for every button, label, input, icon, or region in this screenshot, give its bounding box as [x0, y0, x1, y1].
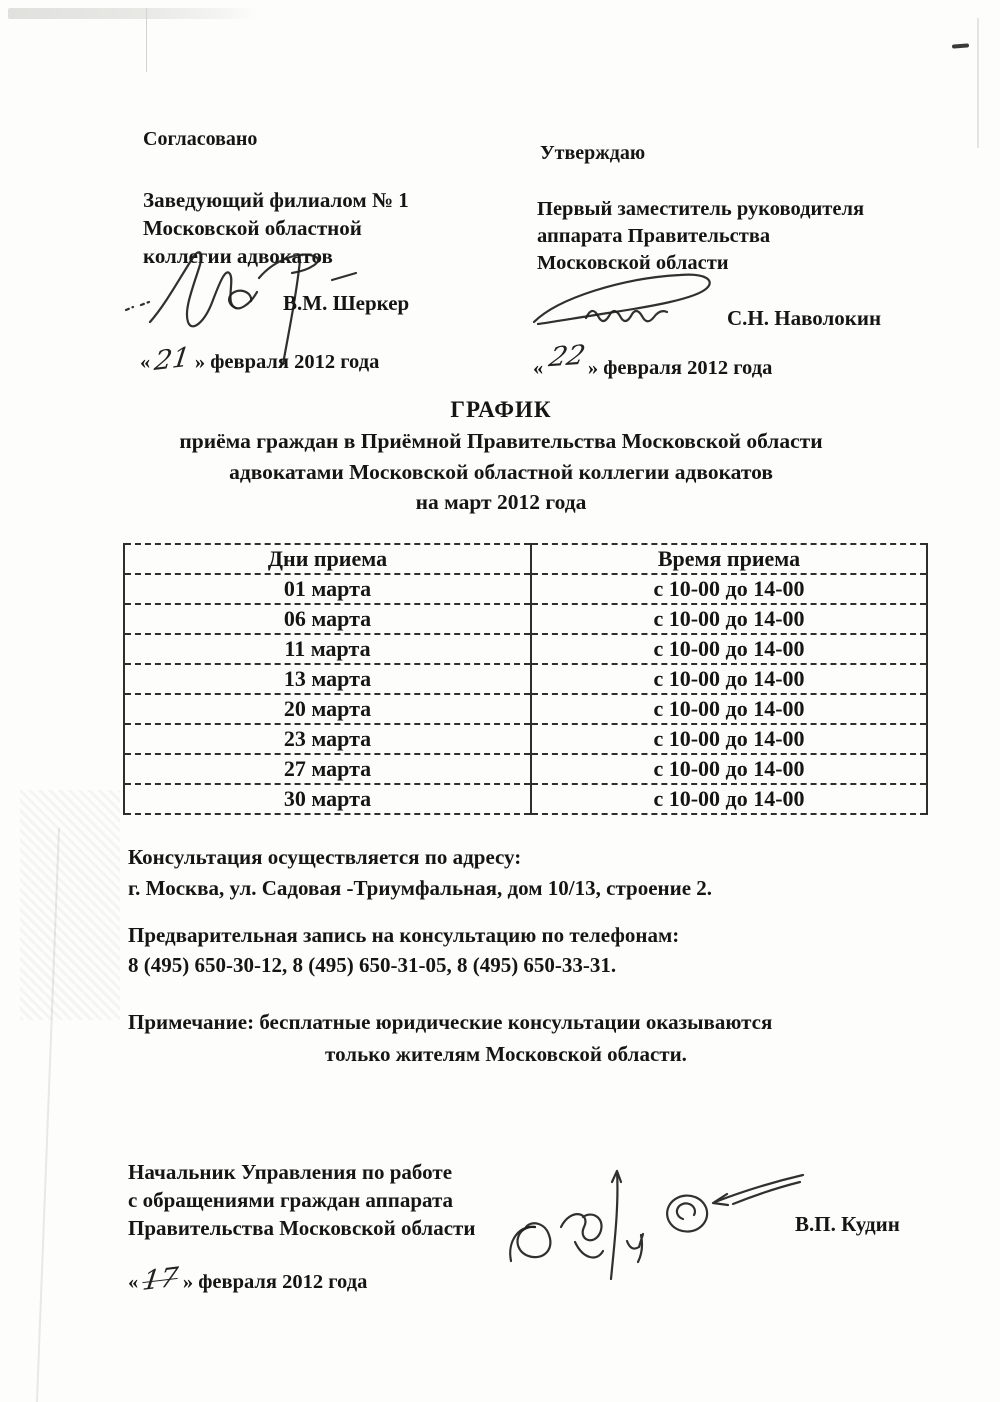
- address-line: г. Москва, ул. Садовая -Триумфальная, до…: [128, 876, 712, 901]
- scan-smudge-top: [8, 8, 258, 19]
- day-cell: 13 марта: [124, 664, 531, 694]
- table-row: 11 марта с 10-00 до 14-00: [124, 634, 927, 664]
- footer-date: « 17 » февраля 2012 года: [128, 1264, 367, 1295]
- note-line-1: Примечание: бесплатные юридические консу…: [128, 1010, 772, 1035]
- footer-position-line: Правительства Московской области: [128, 1214, 475, 1242]
- handwritten-day: 17: [141, 1262, 180, 1297]
- note-line-2: только жителям Московской области.: [100, 1042, 912, 1067]
- date-rest: » февраля 2012 года: [588, 357, 772, 379]
- scan-noise: [20, 790, 120, 1020]
- footer-signer-name: В.П. Кудин: [795, 1212, 900, 1237]
- scan-edge-line: [977, 18, 979, 148]
- day-cell: 27 марта: [124, 754, 531, 784]
- footer-position-line: Начальник Управления по работе: [128, 1158, 475, 1186]
- time-cell: с 10-00 до 14-00: [531, 634, 927, 664]
- schedule-table: Дни приема Время приема 01 марта с 10-00…: [123, 543, 928, 815]
- quote-open: «: [140, 351, 150, 373]
- scan-vertical-line: [146, 8, 147, 72]
- day-cell: 30 марта: [124, 784, 531, 814]
- kudin-signature-icon: [505, 1165, 805, 1283]
- table-header-row: Дни приема Время приема: [124, 544, 927, 574]
- time-cell: с 10-00 до 14-00: [531, 694, 927, 724]
- title-line-2: приёма граждан в Приёмной Правительства …: [95, 426, 907, 457]
- booking-heading: Предварительная запись на консультацию п…: [128, 923, 679, 948]
- table-row: 06 марта с 10-00 до 14-00: [124, 604, 927, 634]
- approved-signer-name: С.Н. Наволокин: [727, 306, 881, 331]
- table-row: 30 марта с 10-00 до 14-00: [124, 784, 927, 814]
- quote-open: «: [533, 357, 543, 379]
- address-heading: Консультация осуществляется по адресу:: [128, 845, 521, 870]
- handwritten-day: 21: [153, 342, 192, 377]
- approved-position-title: Первый заместитель руководителя аппарата…: [537, 196, 864, 277]
- footer-position-line: с обращениями граждан аппарата: [128, 1186, 475, 1214]
- agreed-date: « 21 » февраля 2012 года: [140, 344, 379, 375]
- day-cell: 01 марта: [124, 574, 531, 604]
- time-cell: с 10-00 до 14-00: [531, 784, 927, 814]
- date-rest: » февраля 2012 года: [195, 351, 379, 373]
- approved-position-line: аппарата Правительства: [537, 223, 864, 250]
- agreed-position-line: Московской областной: [143, 214, 409, 242]
- time-cell: с 10-00 до 14-00: [531, 604, 927, 634]
- time-cell: с 10-00 до 14-00: [531, 664, 927, 694]
- approved-position-line: Первый заместитель руководителя: [537, 196, 864, 223]
- table-row: 23 марта с 10-00 до 14-00: [124, 724, 927, 754]
- approved-date: « 22 » февраля 2012 года: [533, 350, 772, 381]
- table-row: 27 марта с 10-00 до 14-00: [124, 754, 927, 784]
- day-cell: 06 марта: [124, 604, 531, 634]
- agreed-signer-name: В.М. Шеркер: [283, 291, 409, 316]
- quote-open: «: [128, 1271, 138, 1293]
- time-cell: с 10-00 до 14-00: [531, 754, 927, 784]
- agreed-label: Согласовано: [143, 128, 257, 151]
- navolokin-signature-icon: [528, 272, 728, 332]
- title-line-3: адвокатами Московской областной коллегии…: [95, 457, 907, 488]
- table-row: 01 марта с 10-00 до 14-00: [124, 574, 927, 604]
- booking-phones: 8 (495) 650-30-12, 8 (495) 650-31-05, 8 …: [128, 953, 616, 978]
- scanned-document-page: Согласовано Заведующий филиалом № 1 Моск…: [0, 0, 1000, 1402]
- scan-edge-mark: [952, 43, 969, 48]
- column-header-time: Время приема: [531, 544, 927, 574]
- handwritten-day: 22: [547, 340, 589, 373]
- title-line-1: ГРАФИК: [95, 394, 907, 426]
- day-cell: 20 марта: [124, 694, 531, 724]
- approved-label: Утверждаю: [540, 142, 645, 165]
- time-cell: с 10-00 до 14-00: [531, 724, 927, 754]
- agreed-position-line: Заведующий филиалом № 1: [143, 186, 409, 214]
- day-cell: 23 марта: [124, 724, 531, 754]
- table-row: 13 марта с 10-00 до 14-00: [124, 664, 927, 694]
- table-row: 20 марта с 10-00 до 14-00: [124, 694, 927, 724]
- document-title: ГРАФИК приёма граждан в Приёмной Правите…: [95, 394, 907, 518]
- day-cell: 11 марта: [124, 634, 531, 664]
- title-line-4: на март 2012 года: [95, 487, 907, 518]
- column-header-days: Дни приема: [124, 544, 531, 574]
- footer-position-title: Начальник Управления по работе с обращен…: [128, 1158, 475, 1242]
- date-rest: » февраля 2012 года: [183, 1271, 367, 1293]
- time-cell: с 10-00 до 14-00: [531, 574, 927, 604]
